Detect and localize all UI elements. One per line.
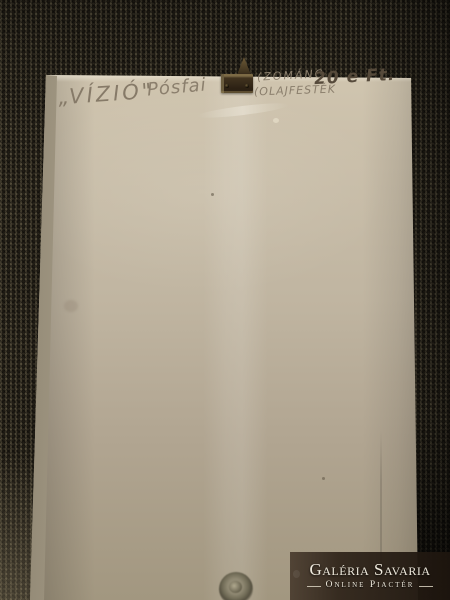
handwriting-price: 20 e Ft.: [314, 65, 396, 89]
screw-icon: [245, 84, 249, 88]
gallery-watermark: Galéria Savaria Online Piactér: [290, 552, 450, 600]
watermark-subtitle-text: Online Piactér: [326, 581, 415, 591]
seal-mark-center: [229, 581, 242, 593]
screw-icon: [225, 84, 229, 88]
photo-painting-back: „VÍZIÓ" Pósfai (ZOMÁNC (OLAJFESTÉK 20 e …: [0, 0, 450, 600]
dash-ornament-right: [419, 586, 433, 587]
seal-mark: [219, 572, 253, 600]
dash-ornament-left: [307, 586, 321, 587]
surface-stain: [64, 300, 78, 312]
hanging-bracket: [221, 74, 253, 93]
surface-speck: [322, 477, 325, 480]
surface-nick: [273, 118, 279, 123]
watermark-subtitle: Online Piactér: [307, 581, 434, 591]
surface-speck: [211, 193, 214, 196]
watermark-gallery-name: Galéria Savaria: [309, 561, 430, 578]
